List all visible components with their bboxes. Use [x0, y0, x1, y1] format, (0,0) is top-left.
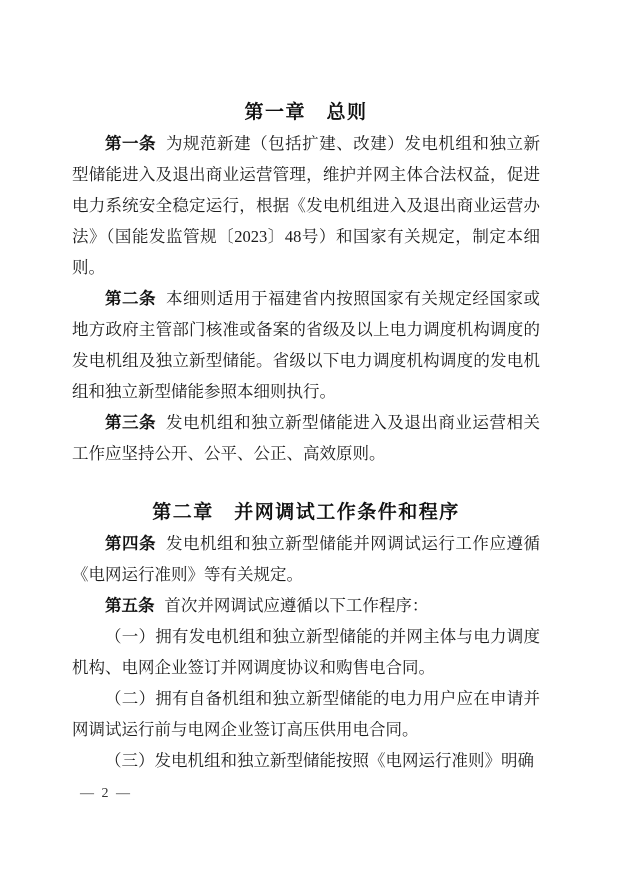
- article-5-label: 第五条: [105, 596, 155, 615]
- article-5-item-3: （三）发电机组和独立新型储能按照《电网运行准则》明确: [72, 745, 540, 776]
- article-5-paragraph: 第五条首次并网调试应遵循以下工作程序：: [72, 590, 540, 621]
- page-content: 第一章 总则 第一条为规范新建（包括扩建、改建）发电机组和独立新型储能进入及退出…: [72, 97, 540, 776]
- article-2-paragraph: 第二条本细则适用于福建省内按照国家有关规定经国家或地方政府主管部门核准或备案的省…: [72, 283, 540, 407]
- article-3-label: 第三条: [105, 413, 156, 432]
- article-4-paragraph: 第四条发电机组和独立新型储能并网调试运行工作应遵循《电网运行准则》等有关规定。: [72, 528, 540, 590]
- chapter-1: 第一章 总则 第一条为规范新建（包括扩建、改建）发电机组和独立新型储能进入及退出…: [72, 97, 540, 469]
- article-4-label: 第四条: [105, 534, 156, 553]
- page-footer: — 2 —: [80, 786, 132, 802]
- article-5-item-2: （二）拥有自备机组和独立新型储能的电力用户应在申请并网调试运行前与电网企业签订高…: [72, 683, 540, 745]
- article-5-text: 首次并网调试应遵循以下工作程序：: [164, 596, 428, 615]
- article-3-paragraph: 第三条发电机组和独立新型储能进入及退出商业运营相关工作应坚持公开、公平、公正、高…: [72, 407, 540, 469]
- article-1-label: 第一条: [105, 134, 156, 153]
- article-5-item-1-text: （一）拥有发电机组和独立新型储能的并网主体与电力调度机构、电网企业签订并网调度协…: [72, 627, 540, 677]
- article-5-item-1: （一）拥有发电机组和独立新型储能的并网主体与电力调度机构、电网企业签订并网调度协…: [72, 621, 540, 683]
- article-1-paragraph: 第一条为规范新建（包括扩建、改建）发电机组和独立新型储能进入及退出商业运营管理，…: [72, 128, 540, 283]
- chapter-1-title: 第一章 总则: [72, 97, 540, 128]
- document-page: 第一章 总则 第一条为规范新建（包括扩建、改建）发电机组和独立新型储能进入及退出…: [0, 0, 620, 877]
- article-1-text: 为规范新建（包括扩建、改建）发电机组和独立新型储能进入及退出商业运营管理，维护并…: [72, 134, 540, 277]
- page-number: — 2 —: [80, 786, 132, 801]
- article-5-item-3-text: （三）发电机组和独立新型储能按照《电网运行准则》明确: [105, 751, 534, 770]
- chapter-2: 第二章 并网调试工作条件和程序 第四条发电机组和独立新型储能并网调试运行工作应遵…: [72, 497, 540, 776]
- article-5-item-2-text: （二）拥有自备机组和独立新型储能的电力用户应在申请并网调试运行前与电网企业签订高…: [72, 689, 540, 739]
- chapter-2-title: 第二章 并网调试工作条件和程序: [72, 497, 540, 528]
- article-2-label: 第二条: [105, 289, 156, 308]
